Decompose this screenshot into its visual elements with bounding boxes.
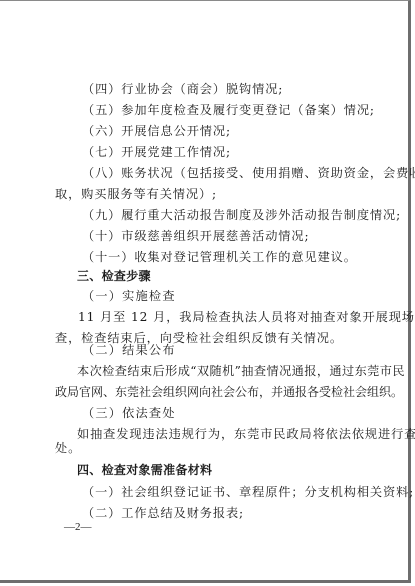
section-heading-3: 三、检查步骤 xyxy=(77,269,151,283)
list-item-5: （五）参加年度检查及履行变更登记（备案）情况; xyxy=(82,103,375,117)
list-item-9: （九）履行重大活动报告制度及涉外活动报告制度情况; xyxy=(82,208,401,222)
list-item-4: （四）行业协会（商会）脱钩情况; xyxy=(82,82,283,96)
paragraph-enforcement-continuation: 处。 xyxy=(55,441,81,455)
document-page: （四）行业协会（商会）脱钩情况; （五）参加年度检查及履行变更登记（备案）情况;… xyxy=(0,0,411,583)
subsection-heading-implement: （一）实施检查 xyxy=(82,289,176,303)
paragraph-enforcement: 如抽查发现违法违规行为，东莞市民政局将依法依规进行查 xyxy=(77,427,415,441)
list-item-11: （十一）收集对登记管理机关工作的意见建议。 xyxy=(82,250,357,264)
materials-item-2: （二）工作总结及财务报表; xyxy=(82,506,244,520)
materials-item-1: （一）社会组织登记证书、章程原件；分支机构相关资料; xyxy=(82,485,414,499)
list-item-8: （八）账务状况（包括接受、使用捐赠、资助资金，会费收 xyxy=(82,166,415,180)
section-heading-4: 四、检查对象需准备材料 xyxy=(77,463,212,477)
subsection-heading-enforcement: （三）依法查处 xyxy=(82,406,176,420)
list-item-7: （七）开展党建工作情况; xyxy=(82,145,231,159)
page-number: —2— xyxy=(64,521,92,533)
list-item-6: （六）开展信息公开情况; xyxy=(82,124,231,138)
subsection-heading-results: （二）结果公布 xyxy=(82,343,176,357)
list-item-10: （十）市级慈善组织开展慈善活动情况; xyxy=(82,229,310,243)
list-item-8-continuation: 取，购买服务等有关情况）; xyxy=(55,187,217,201)
paragraph-results-continuation: 政局官网、东莞社会组织网向社会公布，并通报各受检社会组织。 xyxy=(55,385,403,399)
paragraph-results: 本次检查结束后形成“双随机”抽查情况通报，通过东莞市民 xyxy=(77,364,405,378)
paragraph-implement: 11 月至 12 月，我局检查执法人员将对抽查对象开展现场检 xyxy=(78,310,415,324)
